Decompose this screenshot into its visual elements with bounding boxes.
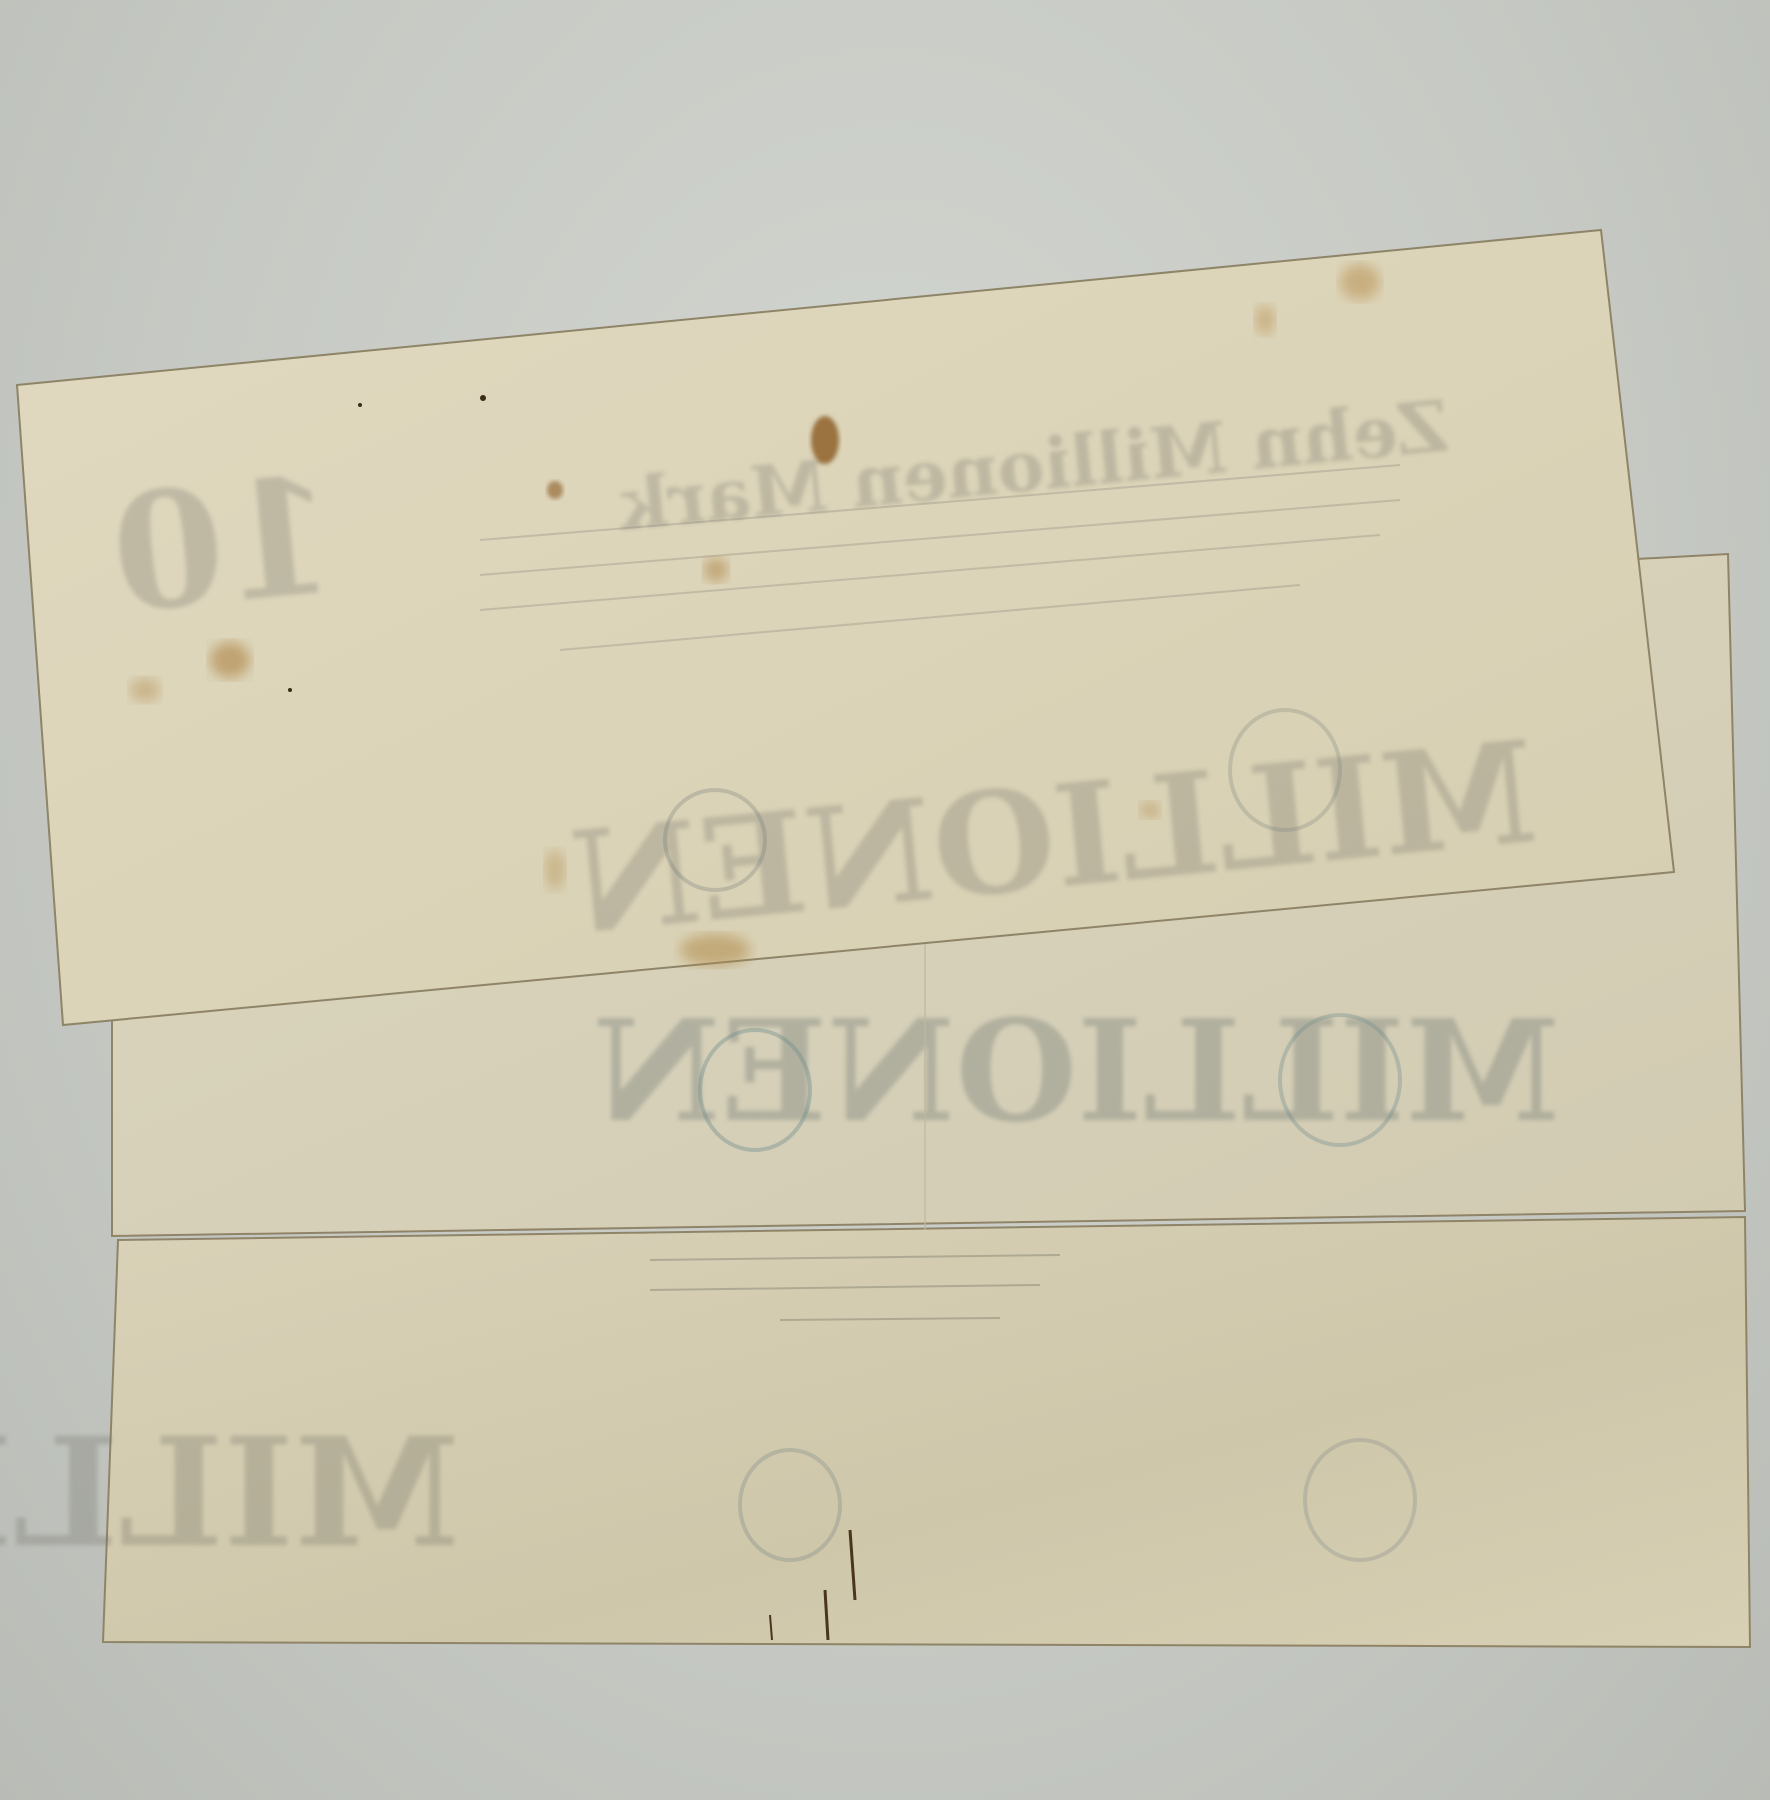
banknote-bottom: MILLIONEN	[0, 1217, 1750, 1647]
banknotes-photo: MILLIONEN MILLIONEN MILLIONEN Zehn Milli…	[0, 0, 1770, 1800]
mirrored-numeral: 10	[104, 441, 344, 649]
mirrored-word: MILLIONEN	[593, 990, 1560, 1154]
mirrored-word: MILLIONEN	[0, 1405, 460, 1581]
